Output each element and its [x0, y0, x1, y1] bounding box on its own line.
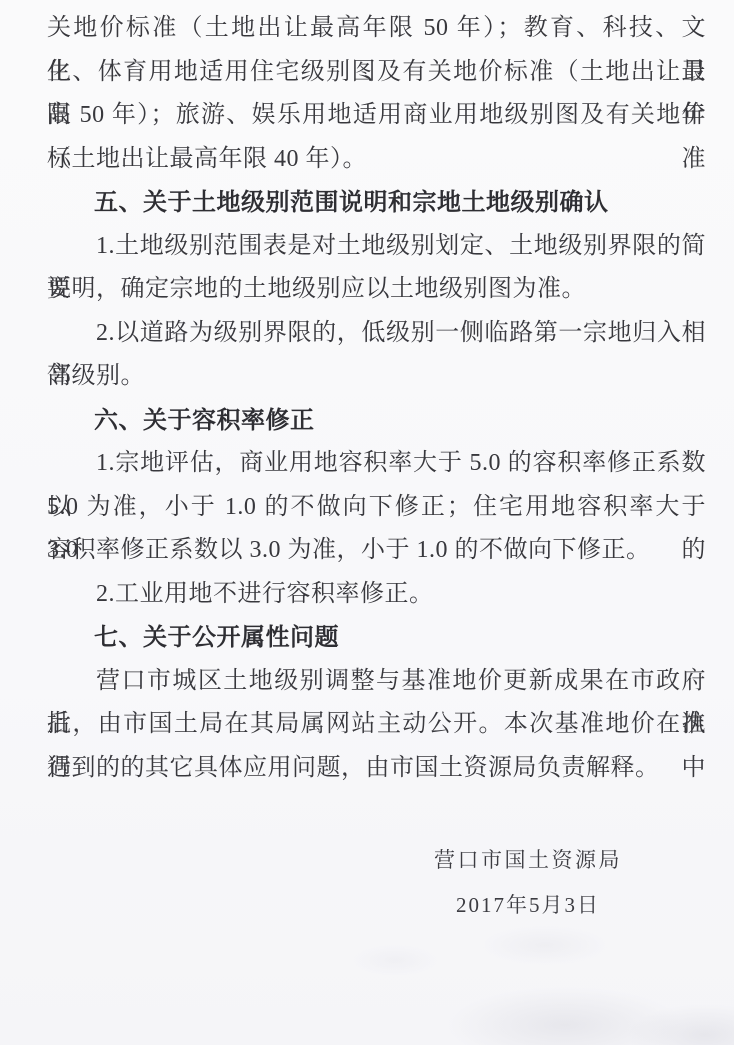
document-body: 关地价标准（土地出让最高年限 50 年）；教育、科技、文化、卫 生、体育用地适用…: [47, 0, 706, 790]
paragraph-line: 2.以道路为级别界限的，低级别一侧临路第一宗地归入相邻: [47, 312, 706, 356]
paragraph-line: 1.土地级别范围表是对土地级别划定、土地级别界限的简要: [47, 225, 706, 269]
section-5-heading: 五、关于土地级别范围说明和宗地土地级别确认: [47, 181, 706, 225]
paragraph-line: 说明，确定宗地的土地级别应以土地级别图为准。: [47, 268, 706, 312]
paragraph-line: 限 50 年）；旅游、娱乐用地适用商业用地级别图及有关地价标准: [47, 94, 706, 138]
paragraph-line: 生、体育用地适用住宅级别图及有关地价标准（土地出让最高年: [47, 51, 706, 95]
paragraph-line: 5.0 为准，小于 1.0 的不做向下修正；住宅用地容积率大于 3.0 的: [47, 486, 706, 530]
paragraph-line: 关地价标准（土地出让最高年限 50 年）；教育、科技、文化、卫: [47, 7, 706, 51]
section-6-heading: 六、关于容积率修正: [47, 399, 706, 443]
signature-organization: 营口市国土资源局: [434, 838, 622, 883]
paragraph-line: 后，由市国土局在其局属网站主动公开。本次基准地价在执行中: [47, 703, 706, 747]
paragraph-line: 高级别。: [47, 355, 706, 399]
paragraph-line: 1.宗地评估，商业用地容积率大于 5.0 的容积率修正系数以: [47, 442, 706, 486]
paragraph-line: 营口市城区土地级别调整与基准地价更新成果在市政府批准: [47, 660, 706, 704]
signature-date: 2017年5月3日: [434, 883, 622, 928]
paragraph-line: 遇到的的其它具体应用问题，由市国土资源局负责解释。: [47, 747, 706, 791]
section-7-heading: 七、关于公开属性问题: [47, 616, 706, 660]
paragraph-line: 容积率修正系数以 3.0 为准，小于 1.0 的不做向下修正。: [47, 529, 706, 573]
document-page: 关地价标准（土地出让最高年限 50 年）；教育、科技、文化、卫 生、体育用地适用…: [0, 0, 734, 1045]
signature-block: 营口市国土资源局 2017年5月3日: [434, 838, 622, 928]
paragraph-line: 2.工业用地不进行容积率修正。: [47, 573, 706, 617]
